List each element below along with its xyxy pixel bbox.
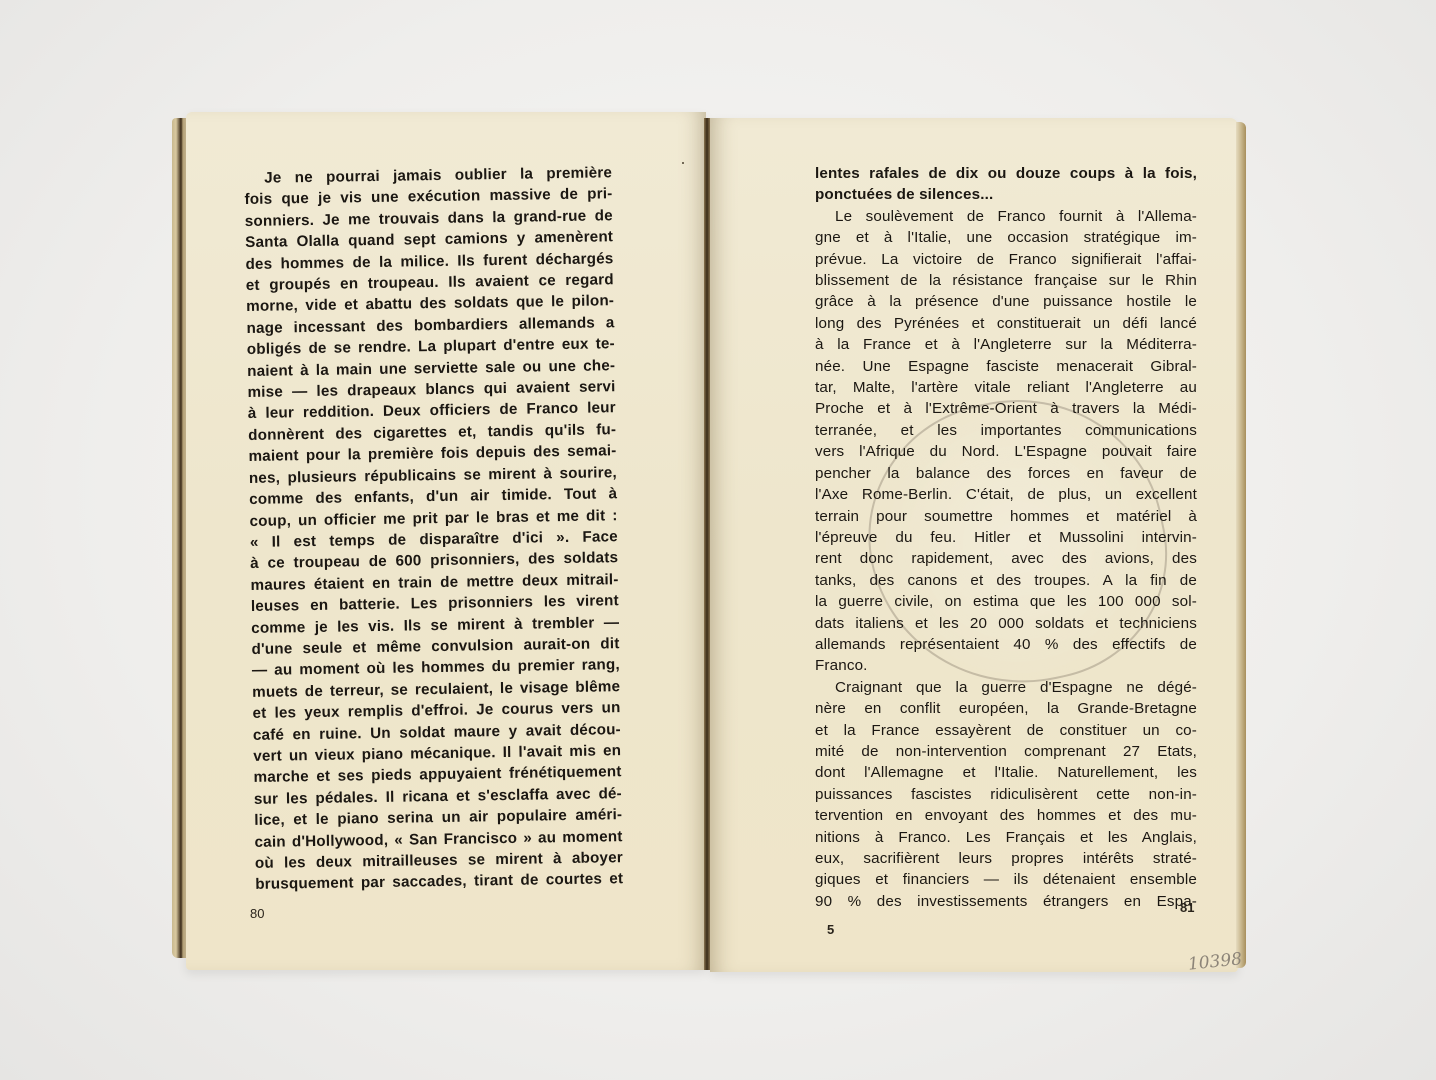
- right-page-text: lentes rafales de dix ou douze coups à l…: [815, 163, 1197, 912]
- text-line: Franco.: [815, 655, 1197, 676]
- text-line: pencher la balance des forces en faveur …: [815, 463, 1197, 484]
- text-line: vers l'Afrique du Nord. L'Espagne pouvai…: [815, 441, 1197, 462]
- text-line: dont l'Allemagne et l'Italie. Naturellem…: [815, 762, 1197, 783]
- text-line: terrain pour soumettre hommes et matérie…: [815, 506, 1197, 527]
- left-page-text: Je ne pourrai jamais oublier la première…: [244, 162, 623, 896]
- text-line: 90 % des investissements étrangers en Es…: [815, 891, 1197, 912]
- text-line: terranée, et les importantes communicati…: [815, 420, 1197, 441]
- text-line-bold: ponctuées de silences...: [815, 184, 1197, 205]
- text-line: tanks, des canons et des troupes. A la f…: [815, 570, 1197, 591]
- right-page-edges: [1236, 122, 1246, 968]
- text-line-bold: lentes rafales de dix ou douze coups à l…: [815, 163, 1197, 184]
- text-line: rent donc rapidement, avec des avions, d…: [815, 548, 1197, 569]
- text-line: l'épreuve du feu. Hitler et Mussolini in…: [815, 527, 1197, 548]
- text-line: et la France essayèrent de constituer un…: [815, 720, 1197, 741]
- open-book: Je ne pourrai jamais oublier la première…: [0, 0, 1436, 1080]
- text-line: giques et financiers — ils détenaient en…: [815, 869, 1197, 890]
- text-line: Craignant que la guerre d'Espagne ne dég…: [815, 677, 1197, 698]
- text-line: tar, Malte, l'artère vitale reliant l'An…: [815, 377, 1197, 398]
- text-line: puissances fascistes ridiculisèrent cett…: [815, 784, 1197, 805]
- text-line: allemands représentaient 40 % des effect…: [815, 634, 1197, 655]
- text-line: née. Une Espagne fasciste menacerait Gib…: [815, 356, 1197, 377]
- text-line: long des Pyrénées et constituerait un dé…: [815, 313, 1197, 334]
- text-line: l'Axe Rome-Berlin. C'était, de plus, un …: [815, 484, 1197, 505]
- text-line: grâce à la présence d'une puissance host…: [815, 291, 1197, 312]
- text-line: eux, sacrifièrent leurs propres intérêts…: [815, 848, 1197, 869]
- text-line: mité de non-intervention comprenant 27 E…: [815, 741, 1197, 762]
- text-line: la guerre civile, on estima que les 100 …: [815, 591, 1197, 612]
- paper-speck: [682, 162, 684, 164]
- text-line: Le soulèvement de Franco fournit à l'All…: [815, 206, 1197, 227]
- text-line: nitions à Franco. Les Français et les An…: [815, 827, 1197, 848]
- text-line: à la France et à l'Angleterre sur la Méd…: [815, 334, 1197, 355]
- text-line: dats italiens et les 20 000 soldats et t…: [815, 613, 1197, 634]
- page-number-left: 80: [250, 906, 264, 921]
- text-line: tervention en envoyant des hommes et des…: [815, 805, 1197, 826]
- text-line: prévue. La victoire de Franco signifiera…: [815, 249, 1197, 270]
- page-number-right: 81: [1180, 900, 1194, 915]
- text-line: Proche et à l'Extrême-Orient à travers l…: [815, 398, 1197, 419]
- text-line: nère en conflit européen, la Grande-Bret…: [815, 698, 1197, 719]
- text-line: blissement de la résistance française su…: [815, 270, 1197, 291]
- text-line: gne et à l'Italie, une occasion stratégi…: [815, 227, 1197, 248]
- signature-mark: 5: [827, 922, 834, 937]
